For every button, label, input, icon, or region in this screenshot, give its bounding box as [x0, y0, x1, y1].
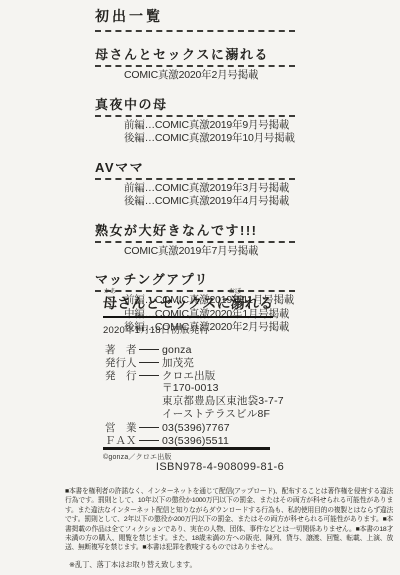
furigana-kaa: かあ: [104, 286, 116, 295]
publication-info: 前編…COMIC真激2019年3月号掲載: [124, 182, 295, 196]
publication-info: 前編…COMIC真激2019年9月号掲載: [124, 119, 295, 133]
sales-phone-number: 03(5396)7767: [162, 422, 230, 434]
credit-label: 発 行: [105, 368, 137, 383]
leader-line: [139, 375, 159, 376]
chapter-title: AVママ: [95, 157, 295, 180]
furigana-row: かあ おぼ: [103, 286, 313, 293]
leader-line: [139, 349, 159, 350]
chapter-details: 前編…COMIC真激2019年9月号掲載 後編…COMIC真激2019年10月号…: [95, 119, 295, 146]
chapter-details: COMIC真激2020年2月号掲載: [95, 69, 295, 83]
publisher-address: 〒170-0013 東京都豊島区東池袋3-7-7 イーストテラスビル8F: [162, 382, 284, 421]
fax-number: 03(5396)5511: [162, 435, 229, 447]
legal-paragraph: ■本書を権利者の許諾なく、インターネットを通じて配信(アップロード)、配布するこ…: [65, 487, 393, 553]
colophon-page: 初出一覧 母さんとセックスに溺れる COMIC真激2020年2月号掲載 真夜中の…: [0, 0, 400, 575]
toc-entry: AVママ 前編…COMIC真激2019年3月号掲載 後編…COMIC真激2019…: [95, 157, 295, 209]
publication-info: COMIC真激2019年7月号掲載: [124, 245, 295, 259]
toc-entry: 熟女が大好きなんです!!! COMIC真激2019年7月号掲載: [95, 220, 295, 259]
chapter-title: 真夜中の母: [95, 94, 295, 117]
chapter-title: 母さんとセックスに溺れる: [95, 44, 295, 67]
contact-label: ＦＡＸ: [105, 433, 137, 448]
toc-entry: 真夜中の母 前編…COMIC真激2019年9月号掲載 後編…COMIC真激201…: [95, 94, 295, 146]
leader-line: [139, 427, 159, 428]
author-name: gonza: [162, 344, 192, 356]
leader-line: [139, 362, 159, 363]
postal-code: 〒170-0013: [162, 382, 284, 395]
toc-entry: 母さんとセックスに溺れる COMIC真激2020年2月号掲載: [95, 44, 295, 83]
publication-info: COMIC真激2020年2月号掲載: [124, 69, 295, 83]
contact-row-fax: ＦＡＸ 03(5396)5511: [105, 434, 284, 447]
credit-row-publisher: 発 行 クロエ出版: [105, 369, 284, 382]
address-building: イーストテラスビル8F: [162, 408, 284, 421]
isbn-number: ISBN978-4-908099-81-6: [95, 461, 345, 473]
furigana-obo: おぼ: [229, 286, 241, 295]
divider-rule: [103, 447, 270, 450]
book-title: 母さんとセックスに溺れる: [103, 293, 273, 318]
chapter-title: 熟女が大好きなんです!!!: [95, 220, 295, 243]
publication-info: 後編…COMIC真激2019年4月号掲載: [124, 195, 295, 209]
defective-copy-note: ※乱丁、落丁本はお取り替え致します。: [69, 560, 393, 570]
leader-line: [139, 440, 159, 441]
legal-notice: ■本書を権利者の許諾なく、インターネットを通じて配信(アップロード)、配布するこ…: [65, 487, 393, 570]
publication-info: 後編…COMIC真激2019年10月号掲載: [124, 132, 295, 146]
edition-date: 2020年1月18日初版発行: [103, 322, 313, 336]
section-title: 初出一覧: [95, 6, 295, 32]
book-title-block: かあ おぼ 母さんとセックスに溺れる 2020年1月18日初版発行: [103, 286, 313, 336]
credits-block: 著 者 gonza 発行人 加茂亮 発 行 クロエ出版 〒170-0013 東京…: [105, 343, 284, 447]
address-street: 東京都豊島区東池袋3-7-7: [162, 395, 284, 408]
chapter-details: COMIC真激2019年7月号掲載: [95, 245, 295, 259]
publisher-name: クロエ出版: [162, 368, 216, 383]
chapter-details: 前編…COMIC真激2019年3月号掲載 後編…COMIC真激2019年4月号掲…: [95, 182, 295, 209]
